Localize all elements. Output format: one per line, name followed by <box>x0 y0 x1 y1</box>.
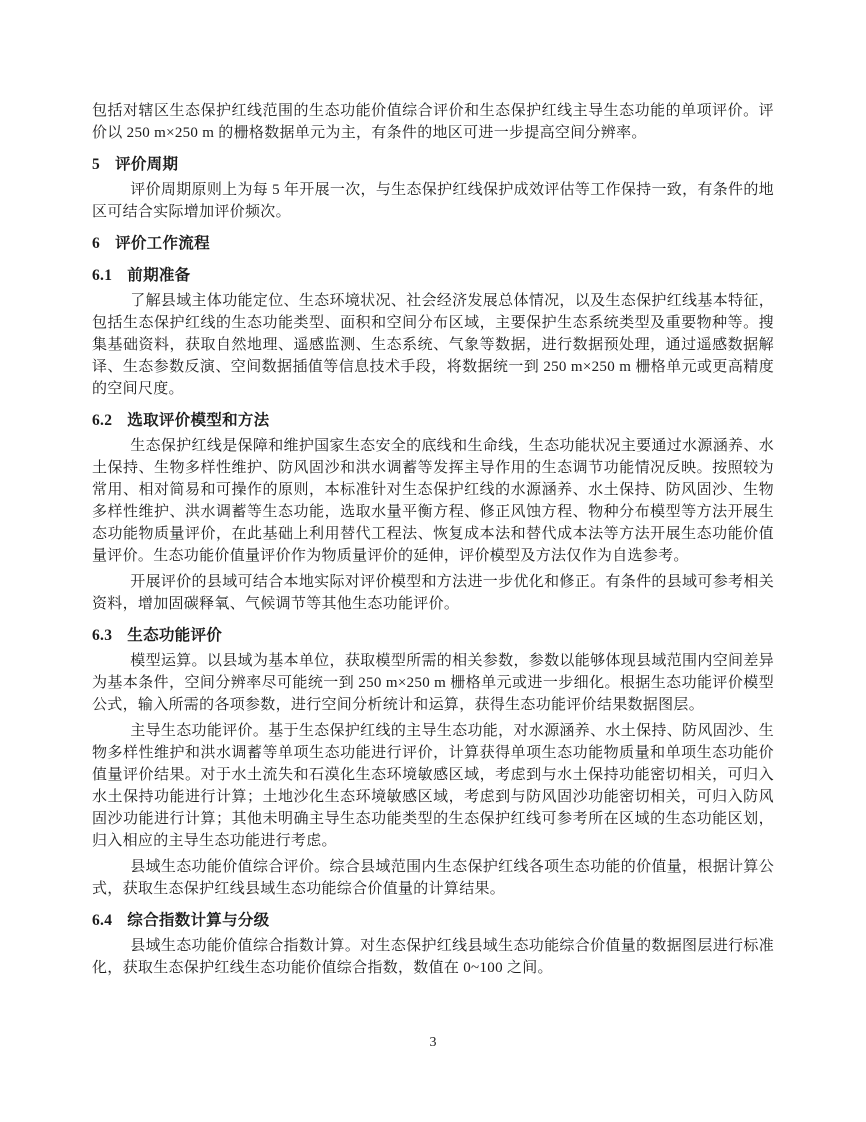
body-paragraph: 县域生态功能价值综合评价。综合县域范围内生态保护红线各项生态功能的价值量，根据计… <box>92 856 774 900</box>
section-number: 5 <box>92 156 100 173</box>
section-title: 评价周期 <box>115 156 178 173</box>
section-title: 评价工作流程 <box>115 235 210 252</box>
section-number: 6.1 <box>92 267 112 284</box>
body-paragraph: 评价周期原则上为每 5 年开展一次，与生态保护红线保护成效评估等工作保持一致，有… <box>92 179 774 223</box>
body-paragraph: 县域生态功能价值综合指数计算。对生态保护红线县域生态功能综合价值量的数据图层进行… <box>92 935 774 979</box>
body-paragraph: 模型运算。以县域为基本单位，获取模型所需的相关参数，参数以能够体现县域范围内空间… <box>92 650 774 716</box>
section-title: 综合指数计算与分级 <box>127 912 269 929</box>
section-number: 6.2 <box>92 412 112 429</box>
section-number: 6.4 <box>92 912 112 929</box>
section-title: 选取评价模型和方法 <box>127 412 269 429</box>
section-6-3-heading: 6.3生态功能评价 <box>92 625 774 647</box>
body-paragraph: 包括对辖区生态保护红线范围的生态功能价值综合评价和生态保护红线主导生态功能的单项… <box>92 100 774 144</box>
section-6-2-heading: 6.2选取评价模型和方法 <box>92 410 774 432</box>
section-6-1-heading: 6.1前期准备 <box>92 265 774 287</box>
section-number: 6.3 <box>92 627 112 644</box>
page-footer: 3 <box>0 1035 866 1051</box>
page-content: 包括对辖区生态保护红线范围的生态功能价值综合评价和生态保护红线主导生态功能的单项… <box>92 100 774 983</box>
section-5-heading: 5评价周期 <box>92 154 774 176</box>
page-number: 3 <box>430 1035 437 1050</box>
section-number: 6 <box>92 235 100 252</box>
section-6-4-heading: 6.4综合指数计算与分级 <box>92 910 774 932</box>
section-6-heading: 6评价工作流程 <box>92 233 774 255</box>
section-title: 生态功能评价 <box>127 627 222 644</box>
section-title: 前期准备 <box>127 267 190 284</box>
body-paragraph: 生态保护红线是保障和维护国家生态安全的底线和生命线，生态功能状况主要通过水源涵养… <box>92 435 774 567</box>
body-paragraph: 主导生态功能评价。基于生态保护红线的主导生态功能，对水源涵养、水土保持、防风固沙… <box>92 720 774 852</box>
body-paragraph: 开展评价的县域可结合本地实际对评价模型和方法进一步优化和修正。有条件的县域可参考… <box>92 571 774 615</box>
document-page: 包括对辖区生态保护红线范围的生态功能价值综合评价和生态保护红线主导生态功能的单项… <box>0 0 866 1122</box>
body-paragraph: 了解县域主体功能定位、生态环境状况、社会经济发展总体情况，以及生态保护红线基本特… <box>92 290 774 400</box>
